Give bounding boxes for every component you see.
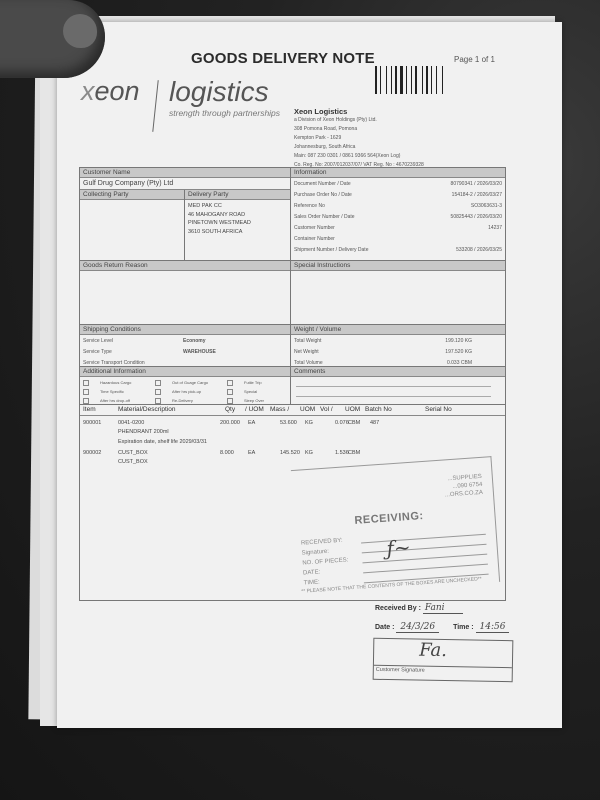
- company-address: Xeon Logistics a Division of Xeon Holdin…: [294, 107, 424, 170]
- items-column-header: Item: [83, 406, 96, 413]
- received-by-value[interactable]: Fani: [423, 603, 463, 614]
- weight-volume-value: 199.120: [445, 338, 463, 344]
- item-note: Expiration date, shelf life 2029/03/31: [118, 439, 207, 445]
- goods-return-section: Goods Return Reason: [80, 261, 290, 323]
- received-by-label: Received By :: [375, 605, 421, 612]
- company-line: 308 Pomona Road, Pomona: [294, 125, 424, 134]
- item-material: CUST_BOX: [118, 450, 148, 456]
- date-label: Date :: [375, 624, 394, 631]
- additional-info-checkbox[interactable]: [227, 389, 233, 395]
- date-value[interactable]: 24/3/26: [396, 622, 439, 633]
- shipping-value: WAREHOUSE: [183, 349, 216, 355]
- information-label: Container Number: [294, 236, 335, 242]
- shipping-label: Service Type: [83, 349, 183, 355]
- information-label: Shipment Number / Delivery Date: [294, 247, 368, 253]
- item-mass: 145.520: [280, 450, 300, 456]
- receiving-stamp: ...SUPPLIES ...090 6754 ...ORS.CO.ZA REC…: [291, 456, 500, 596]
- information-row: Sales Order Number / Date50825443 / 2026…: [291, 211, 505, 222]
- additional-info-option: Special: [244, 389, 257, 394]
- weight-volume-row: Net Weight197.520 KG: [291, 346, 505, 357]
- customer-signature-box[interactable]: Fa. Customer Signature: [373, 638, 514, 682]
- delivery-party-line: PINETOWN WESTMEAD: [188, 219, 287, 228]
- information-label: Sales Order Number / Date: [294, 214, 355, 220]
- customer-header: Customer Name: [80, 168, 290, 178]
- customer-section: Customer Name Gulf Drug Company (Pty) Lt…: [80, 168, 290, 190]
- customer-signature: Fa.: [419, 640, 447, 661]
- additional-info-option: Futile Trip: [244, 380, 262, 385]
- item-qty-uom: EA: [248, 420, 255, 426]
- information-value: 533208 / 2026/03/25: [456, 247, 502, 253]
- item-qty-uom: EA: [248, 450, 255, 456]
- document-title: GOODS DELIVERY NOTE: [191, 50, 375, 67]
- information-row: Reference NoSO3063631-3: [291, 200, 505, 211]
- weight-volume-label: Net Weight: [294, 349, 319, 355]
- item-mass-uom: KG: [305, 450, 313, 456]
- customer-signature-label: Customer Signature: [374, 665, 512, 676]
- item-vol-uom: CBM: [348, 420, 360, 426]
- weight-volume-value-group: 199.120 KG: [445, 338, 472, 344]
- information-label: Reference No: [294, 203, 325, 209]
- weight-volume-row: Total Weight199.120 KG: [291, 335, 505, 346]
- shipping-value: Economy: [183, 338, 206, 344]
- information-label: Document Number / Date: [294, 181, 351, 187]
- additional-info-option: After hrs drop-off: [100, 398, 130, 403]
- weight-volume-unit: KG: [465, 349, 472, 355]
- goods-delivery-note: Copy GOODS DELIVERY NOTE Page 1 of 1 xeo…: [57, 22, 562, 728]
- brand-logo: xeon: [81, 76, 140, 107]
- additional-info-option: Re-Delivery: [172, 398, 193, 403]
- item-vol: 0.076: [335, 420, 349, 426]
- company-line: Johannesburg, South Africa: [294, 143, 424, 152]
- additional-info-option: Out of Guage Cargo: [172, 380, 208, 385]
- information-value: SO3063631-3: [471, 203, 502, 209]
- shipping-row: Service LevelEconomy: [80, 335, 290, 346]
- items-column-header: Batch No: [365, 406, 392, 413]
- company-line: Kempton Park - 1629: [294, 134, 424, 143]
- item-vol-uom: CBM: [348, 450, 360, 456]
- shipping-label: Service Level: [83, 338, 183, 344]
- information-row: Document Number / Date80790341 / 2026/03…: [291, 178, 505, 189]
- company-line: a Division of Xeon Holdings (Pty) Ltd.: [294, 116, 424, 125]
- logo-divider: [152, 80, 158, 132]
- logo-x-mark: x: [81, 76, 95, 106]
- stamp-signature: ƒ~: [386, 535, 412, 561]
- shipping-header: Shipping Conditions: [80, 325, 290, 335]
- information-value: 80790341 / 2026/03/20: [451, 181, 502, 187]
- item-qty: 200.000: [220, 420, 240, 426]
- items-column-header: UOM: [300, 406, 315, 413]
- weight-volume-value-group: 197.520 KG: [445, 349, 472, 355]
- additional-info-checkbox[interactable]: [155, 380, 161, 386]
- delivery-party: Delivery Party MED PAK CC 46 MAHOGANY RO…: [185, 190, 290, 260]
- shipping-section: Shipping Conditions Service LevelEconomy…: [80, 325, 290, 368]
- additional-info-option: Time Specific: [100, 389, 124, 394]
- comments-header: Comments: [291, 367, 505, 377]
- shipping-row: Service TypeWAREHOUSE: [80, 346, 290, 357]
- information-value: 154184-2 / 2026/03/27: [452, 192, 502, 198]
- information-label: Customer Number: [294, 225, 335, 231]
- delivery-form: Customer Name Gulf Drug Company (Pty) Lt…: [79, 167, 506, 601]
- items-column-header: Mass /: [270, 406, 289, 413]
- information-row: Container Number: [291, 233, 505, 244]
- weight-volume-unit: CBM: [461, 360, 472, 366]
- company-name: Xeon Logistics: [294, 107, 424, 116]
- information-row: Purchase Order No / Date154184-2 / 2026/…: [291, 189, 505, 200]
- information-label: Purchase Order No / Date: [294, 192, 352, 198]
- items-column-header: Material/Description: [118, 406, 175, 413]
- logo-product-text: logistics: [169, 76, 269, 108]
- items-column-header: Serial No: [425, 406, 452, 413]
- collecting-party: Collecting Party: [80, 190, 185, 260]
- holding-thumb: [0, 0, 105, 78]
- item-mass-uom: KG: [305, 420, 313, 426]
- stamp-title: RECEIVING:: [354, 510, 424, 527]
- collecting-party-header: Collecting Party: [80, 190, 184, 200]
- page-number: Page 1 of 1: [454, 55, 495, 64]
- items-column-header: Qty: [225, 406, 235, 413]
- logo-tagline: strength through partnerships: [169, 108, 280, 118]
- items-table: ItemMaterial/DescriptionQty/ UOMMass /UO…: [80, 405, 505, 416]
- additional-info-option: Hazardous Cargo: [100, 380, 131, 385]
- weight-volume-unit: KG: [465, 338, 472, 344]
- additional-info-header: Additional Information: [80, 367, 290, 377]
- weight-volume-label: Total Volume: [294, 360, 323, 366]
- items-column-header: UOM: [345, 406, 360, 413]
- additional-info-section: Additional Information Hazardous CargoOu…: [80, 367, 290, 404]
- item-item: 900001: [83, 420, 101, 426]
- item-description: PHENDRANT 200ml: [118, 429, 169, 435]
- additional-info-option: Sleep Over: [244, 398, 264, 403]
- item-vol: 1.536: [335, 450, 349, 456]
- information-section: Information Document Number / Date807903…: [291, 168, 505, 255]
- received-by: Received By : Fani: [375, 603, 463, 613]
- additional-info-checkbox[interactable]: [227, 380, 233, 386]
- item-batch: 487: [370, 420, 379, 426]
- comments-section: Comments: [291, 367, 505, 404]
- information-value: 50825443 / 2026/03/20: [451, 214, 502, 220]
- delivery-party-line: 3610 SOUTH AFRICA: [188, 228, 287, 237]
- weight-volume-value: 0.033: [447, 360, 460, 366]
- delivery-party-line: 46 MAHOGANY ROAD: [188, 211, 287, 220]
- weight-volume-value-group: 0.033 CBM: [447, 360, 472, 366]
- weight-volume-label: Total Weight: [294, 338, 321, 344]
- items-column-header: Vol /: [320, 406, 333, 413]
- barcode: [375, 66, 451, 94]
- item-material: 0041-0200: [118, 420, 144, 426]
- time-label: Time :: [453, 624, 474, 631]
- additional-info-checkbox[interactable]: [83, 380, 89, 386]
- information-row: Shipment Number / Delivery Date533208 / …: [291, 244, 505, 255]
- time-value[interactable]: 14:56: [476, 622, 510, 633]
- weight-volume-header: Weight / Volume: [291, 325, 505, 335]
- items-column-header: / UOM: [245, 406, 264, 413]
- receipt-date-time: Date : 24/3/26 Time : 14:56: [375, 622, 509, 632]
- shipping-label: Service Transport Condition: [83, 360, 183, 366]
- delivery-party-header: Delivery Party: [185, 190, 290, 200]
- information-header: Information: [291, 168, 505, 178]
- customer-name: Gulf Drug Company (Pty) Ltd: [80, 178, 290, 190]
- item-qty: 8.000: [220, 450, 234, 456]
- special-instructions-section: Special Instructions: [291, 261, 505, 323]
- delivery-party-line: MED PAK CC: [188, 202, 287, 211]
- weight-volume-section: Weight / Volume Total Weight199.120 KGNe…: [291, 325, 505, 368]
- item-mass: 53.600: [280, 420, 297, 426]
- additional-info-checkbox[interactable]: [155, 389, 161, 395]
- information-value: 14237: [488, 225, 502, 231]
- special-instructions-header: Special Instructions: [291, 261, 505, 271]
- additional-info-option: After hrs pick-up: [172, 389, 201, 394]
- weight-volume-value: 197.520: [445, 349, 463, 355]
- item-item: 900002: [83, 450, 101, 456]
- goods-return-header: Goods Return Reason: [80, 261, 290, 271]
- additional-info-checkbox[interactable]: [83, 389, 89, 395]
- item-description: CUST_BOX: [118, 459, 148, 465]
- information-row: Customer Number14237: [291, 222, 505, 233]
- logo-brand-text: eon: [95, 76, 140, 106]
- company-line: Main: 087 230 0301 / 0861 9366 564(Xeon …: [294, 152, 424, 161]
